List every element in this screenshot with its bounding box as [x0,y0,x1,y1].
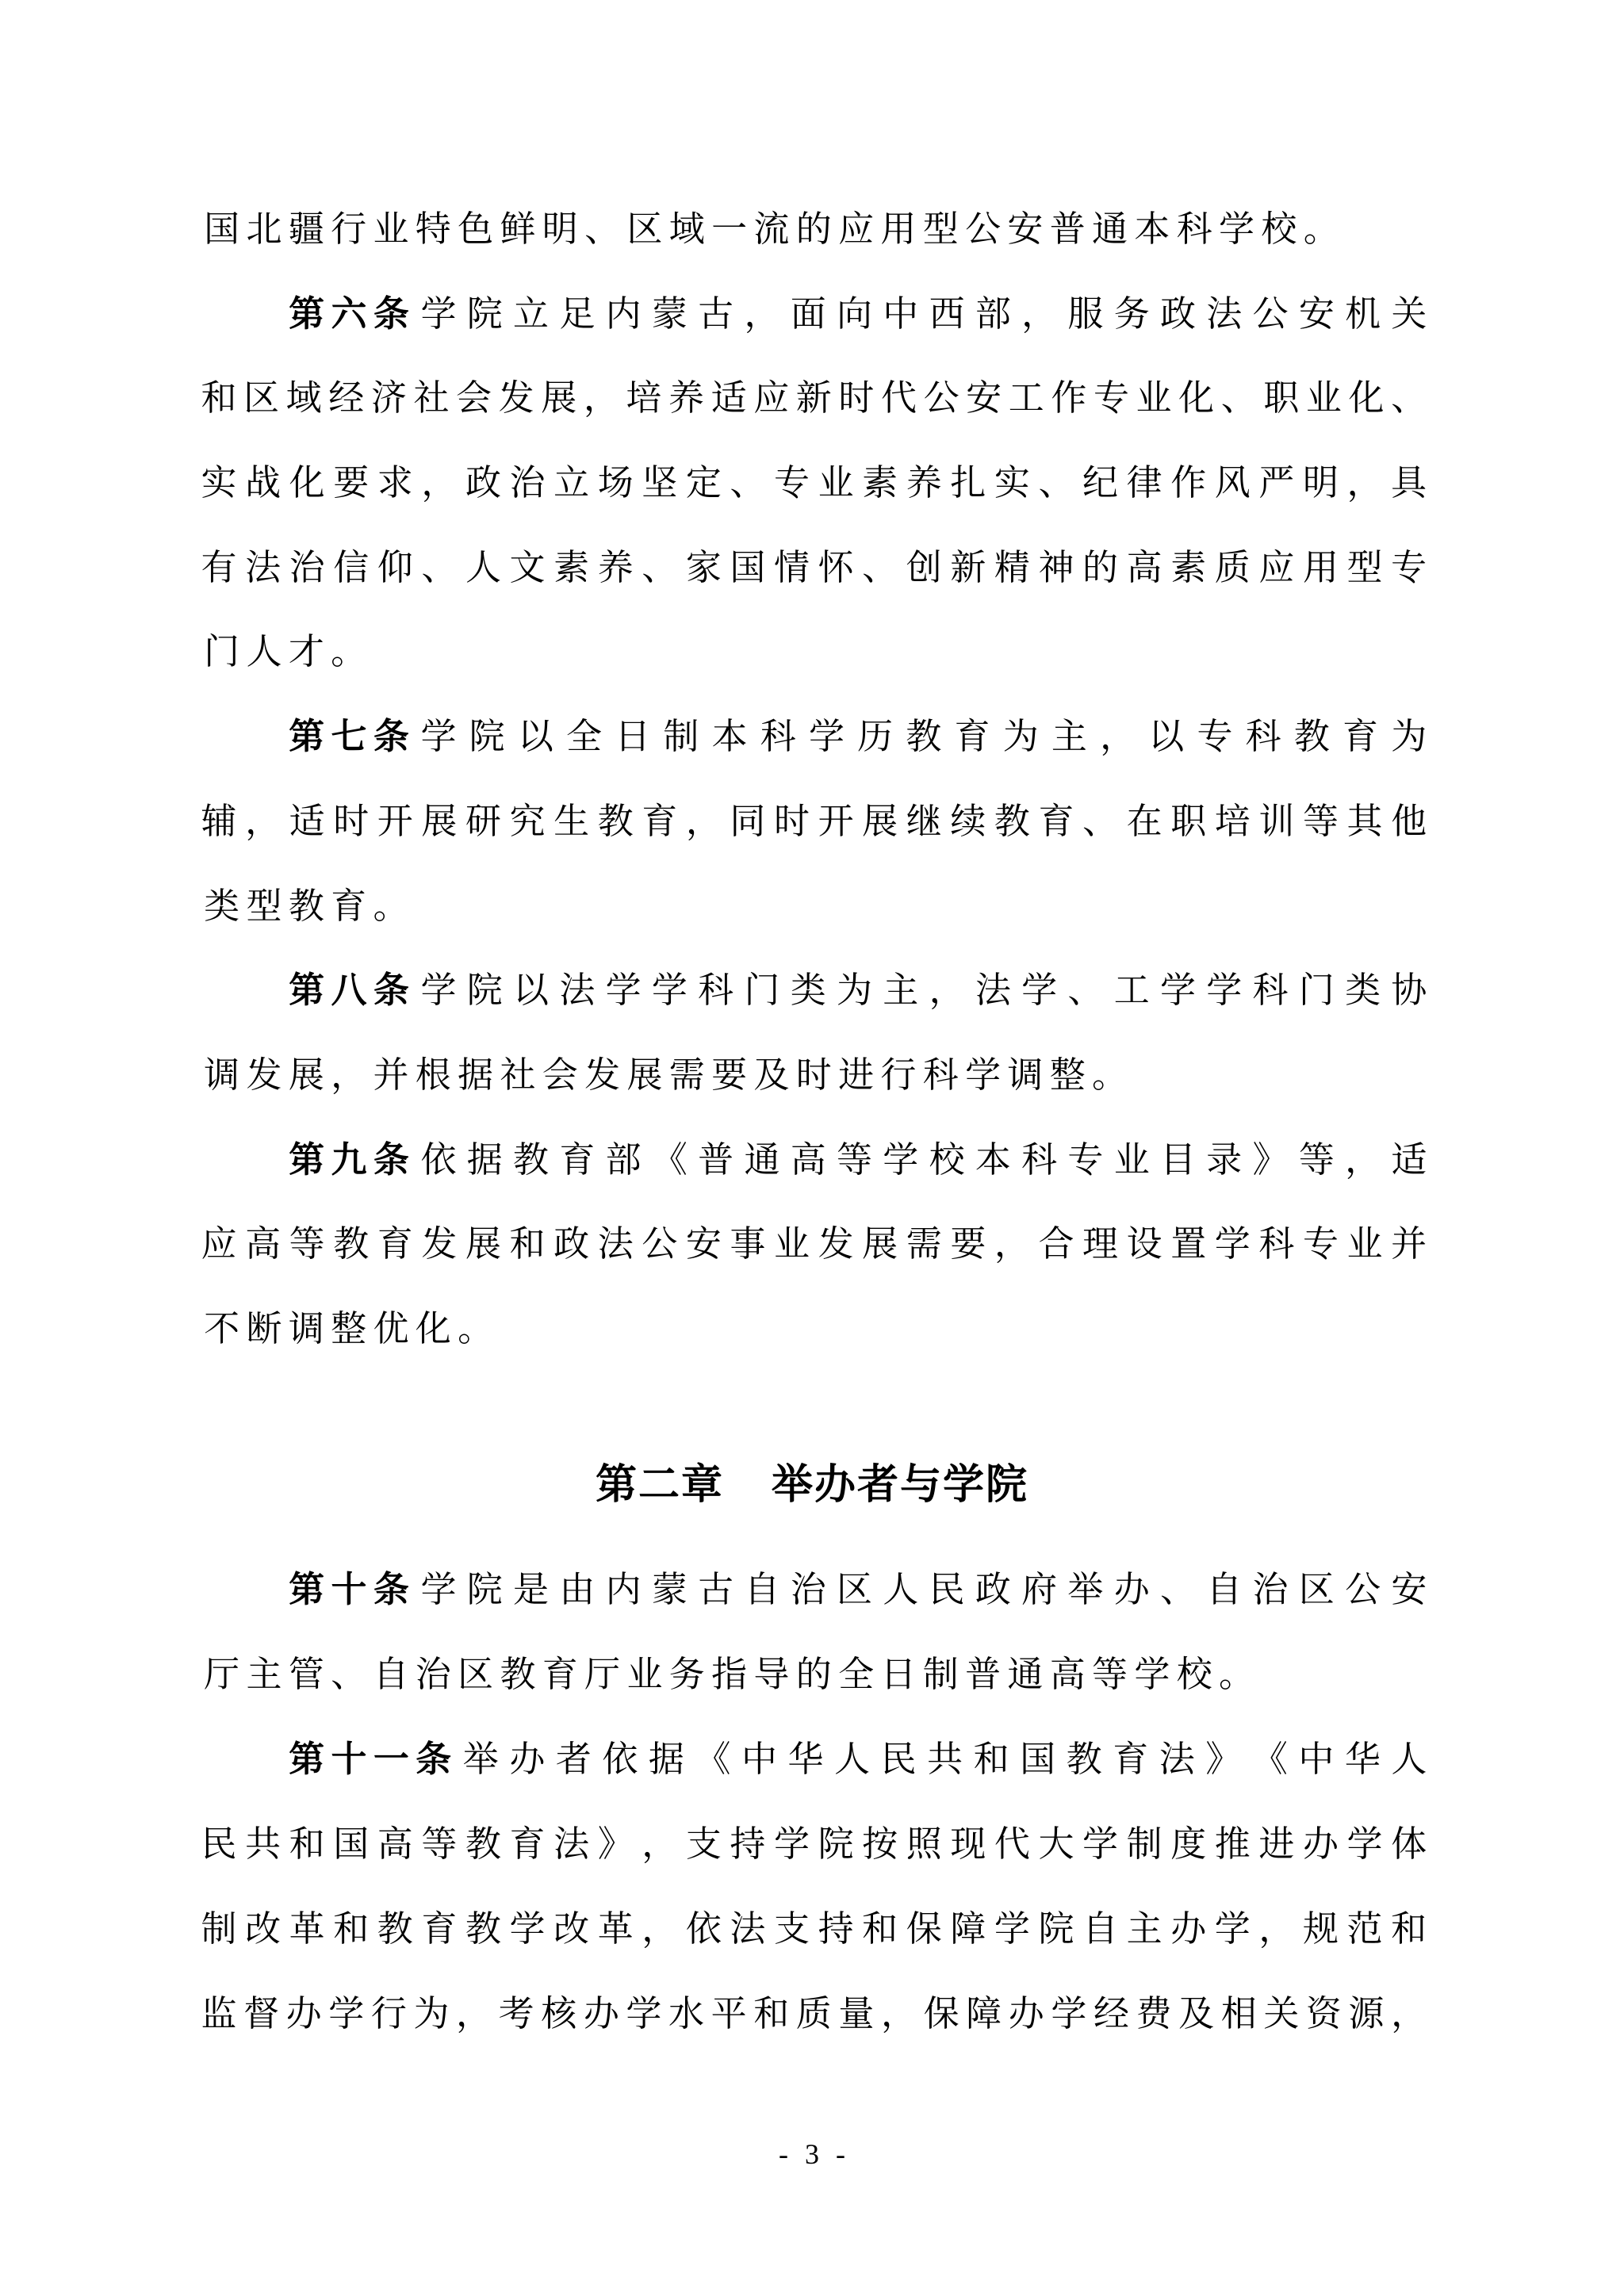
text-char: 水 [668,1990,705,2038]
text-char: 协 [1391,966,1427,1014]
text-char: 机 [1345,290,1381,338]
text-char: 《 [695,1735,731,1783]
text-char: 平 [710,1990,747,2038]
text-char: 进 [835,1051,877,1099]
text-char: 历 [857,713,894,760]
text-char: 部 [605,1136,642,1184]
text-char: 人 [243,628,285,675]
text-char: 人 [883,1566,919,1613]
text-char: 育 [539,1651,581,1698]
text-char: 应 [201,1220,237,1268]
text-char: 并 [1391,1220,1427,1268]
article-char: 一 [370,1735,412,1783]
text-char: 和 [509,1220,546,1268]
text-char: 域 [666,205,708,253]
text-char: 办 [1008,1990,1044,2038]
article-char: 条 [370,1136,412,1184]
text-char: 业 [1113,1136,1150,1184]
text-char: 和 [201,374,237,422]
text-char: 科 [1252,966,1289,1014]
article-char: 十 [327,1735,370,1783]
text-char: 公 [1345,1566,1381,1613]
text-char: 、 [581,205,623,253]
text-char: 日 [615,713,651,760]
text-char: 治 [790,1566,826,1613]
text-char: 内 [605,290,642,338]
text-char: 日 [877,1651,919,1698]
article-char: 七 [327,713,370,760]
text-char: 学 [1159,966,1196,1014]
text-char: 和 [289,1820,325,1868]
text-char: 安 [685,1220,722,1268]
text-char: 学 [420,1566,457,1613]
text-char: 本 [711,713,748,760]
text-char: 政 [1159,290,1196,338]
article-char: 九 [327,1136,370,1184]
text-line: 和区域经济社会发展，培养适应新时代公安工作专业化、职业化、 [201,374,1427,422]
text-char: 学 [1346,1820,1383,1868]
text-line: 门人才。 [201,628,1427,675]
text-char: 门 [1298,966,1335,1014]
text-char: 足 [559,290,596,338]
text-char: 社 [413,374,450,422]
text-char: 时 [838,374,875,422]
article-char: 第 [285,713,327,760]
text-char: 学 [1021,966,1058,1014]
text-char: 科 [1245,713,1281,760]
text-char: ， [929,966,965,1014]
text-char: 普 [962,1651,1004,1698]
text-char: 设 [1126,1220,1162,1268]
line-text: 厅主管、自治区教育厅业务指导的全日制普通高等学校。 [201,1651,1258,1698]
text-char: ， [456,1990,492,2038]
text-char: 治 [412,1651,454,1698]
text-line: 第六条学院立足内蒙古，面向中西部，服务政法公安机关 [201,290,1427,338]
chapter-heading: 第二章举办者与学院 [0,1457,1624,1513]
text-char: 型 [1346,544,1383,591]
text-char: 新 [795,374,832,422]
text-char: 发 [581,1051,623,1099]
text-char: 教 [597,798,634,845]
text-char: 类 [201,882,243,930]
text-char: 和 [753,1990,790,2038]
article-char: 条 [370,966,412,1014]
text-char: 教 [513,1136,550,1184]
text-char: 区 [454,1651,496,1698]
text-char: 学 [328,1990,365,2038]
text-char: 人 [834,1735,871,1783]
text-char: 自 [1082,1905,1119,1953]
text-char: 安 [1004,205,1046,253]
text-char: 区 [243,374,280,422]
text-char: 院 [466,290,503,338]
text-char: 育 [642,798,678,845]
text-char: 、 [642,544,678,591]
text-char: 域 [285,374,322,422]
line-text: 监督办学行为，考核办学水平和质量，保障办学经费及相关资源， [201,1990,1427,2038]
text-char: 适 [1391,1136,1427,1184]
text-char: 、 [1067,966,1104,1014]
text-char: 质 [1214,544,1251,591]
article-char: 条 [370,713,412,760]
text-char: 生 [553,798,590,845]
text-char: 创 [906,544,942,591]
text-char: 治 [509,459,546,507]
text-char: 全 [566,713,603,760]
article-char: 条 [370,290,412,338]
text-char: 改 [553,1905,590,1953]
text-char: 目 [1159,1136,1196,1184]
text-char: 学 [1082,1820,1119,1868]
text-char: 安 [1298,290,1335,338]
text-char: 共 [927,1735,963,1783]
text-char: 专 [1093,374,1129,422]
text-char: 调 [201,1051,243,1099]
text-char: 学 [808,713,845,760]
text-char: 公 [642,1220,678,1268]
text-char: 实 [201,459,237,507]
text-char: 学 [626,1990,662,2038]
text-char: 法 [1206,290,1243,338]
text-char: 门 [744,966,780,1014]
text-char: 学 [420,966,457,1014]
text-char: 养 [668,374,705,422]
text-char: 教 [333,1220,370,1268]
text-char: 据 [454,1051,496,1099]
text-char: 职 [1263,374,1300,422]
line-text: 和区域经济社会发展，培养适应新时代公安工作专业化、职业化、 [201,374,1427,422]
page-number: - 3 - [0,2134,1624,2174]
text-char: ， [1258,1905,1295,1953]
text-char: 学 [962,1051,1004,1099]
text-line: 调发展，并根据社会发展需要及时进行科学调整。 [201,1051,1427,1099]
article-char: 十 [327,1566,370,1613]
text-char: 发 [243,1051,285,1099]
article-number: 第九条 [285,1136,412,1184]
text-char: 以 [517,713,553,760]
text-char: 业 [1305,374,1342,422]
text-char: 向 [837,290,873,338]
text-char: 他 [1391,798,1427,845]
text-char: 通 [1089,205,1131,253]
text-char: 才 [285,628,327,675]
text-char: 应 [835,205,877,253]
text-char: 国 [333,1820,370,1868]
text-char: 为 [1002,713,1039,760]
text-char: 法 [730,1905,766,1953]
text-char: 时 [333,798,370,845]
text-char: 照 [906,1820,942,1868]
text-char: 断 [243,1305,285,1353]
text-char: 持 [730,1820,766,1868]
text-char: 战 [245,459,282,507]
text-char: 大 [1038,1820,1074,1868]
text-char: 经 [1093,1990,1129,2038]
text-char: 神 [1038,544,1074,591]
article-number: 第十一条 [285,1735,454,1783]
text-char: 一 [708,205,750,253]
text-char: 高 [377,1820,413,1868]
text-char: 疆 [285,205,327,253]
text-char: 者 [555,1735,592,1783]
text-char: 制 [201,1905,237,1953]
text-char: 考 [498,1990,534,2038]
text-char: 教 [285,882,327,930]
text-char: 在 [1126,798,1162,845]
text-char: 学 [883,1136,919,1184]
text-char: ， [1391,1990,1427,2038]
text-char: 依 [420,1136,457,1184]
text-char: 作 [1051,374,1087,422]
text-char: 科 [920,1051,962,1099]
text-char: 中 [883,290,919,338]
text-char: 据 [648,1735,684,1783]
text-char: 行 [877,1051,919,1099]
line-text: 类型教育。 [201,882,412,930]
text-char: 教 [465,1905,501,1953]
text-char: 法 [245,544,282,591]
text-char: 型 [920,205,962,253]
article-number: 第八条 [285,966,412,1014]
text-char: 监 [201,1990,237,2038]
text-char: 调 [285,1305,327,1353]
text-char: 展 [541,374,577,422]
text-char: 型 [243,882,285,930]
text-char: 研 [465,798,501,845]
text-char: 学 [509,1905,546,1953]
text-char: 公 [923,374,959,422]
text-char: 公 [962,205,1004,253]
text-line: 制改革和教育教学改革，依法支持和保障学院自主办学，规范和 [201,1905,1427,1953]
text-char: 政 [553,1220,590,1268]
text-char: 育 [421,1905,458,1953]
text-char: 现 [950,1820,986,1868]
text-char: 学 [1216,205,1258,253]
text-char: 特 [412,205,454,253]
text-char: 的 [793,205,835,253]
text-char: ， [744,290,780,338]
text-char: 法 [559,966,596,1014]
text-char: 合 [1038,1220,1074,1268]
text-char: 育 [954,713,990,760]
text-char: 用 [1302,544,1339,591]
text-char: 通 [744,1136,780,1184]
text-char: 。 [370,882,412,930]
text-char: 》 [1205,1735,1242,1783]
text-char: 障 [966,1990,1002,2038]
text-char: 学 [420,290,457,338]
text-char: 办 [1113,1566,1150,1613]
article-char: 第 [285,290,327,338]
text-char: 济 [370,374,407,422]
text-char: 整 [1047,1051,1089,1099]
text-char: 的 [1082,544,1119,591]
text-char: 法 [975,966,1011,1014]
text-char: 学 [605,966,642,1014]
line-text: 民共和国高等教育法》，支持学院按照现代大学制度推进办学体 [201,1820,1427,1868]
text-char: 文 [509,544,546,591]
text-char: 发 [498,374,534,422]
text-char: 适 [289,798,325,845]
text-char: 科 [1021,1136,1058,1184]
text-char: 古 [698,1566,734,1613]
text-char: 费 [1136,1990,1172,2038]
text-char: 是 [513,1566,550,1613]
text-char: 。 [1216,1651,1258,1698]
text-char: 整 [327,1305,370,1353]
text-char: 改 [245,1905,282,1953]
text-char: 发 [421,1220,458,1268]
text-char: 育 [377,1220,413,1268]
article-number: 第六条 [285,290,412,338]
text-char: 。 [1089,1051,1131,1099]
text-char: 主 [883,966,919,1014]
text-char: 等 [1302,798,1339,845]
line-text: 门人才。 [201,628,370,675]
text-char: 国 [1020,1735,1056,1783]
text-char: 的 [793,1651,835,1698]
text-char: 业 [370,205,412,253]
text-char: 用 [877,205,919,253]
text-char: 化 [412,1305,454,1353]
text-char: 厅 [581,1651,623,1698]
text-char: 教 [465,1820,501,1868]
line-text: 学院立足内蒙古，面向中西部，服务政法公安机关 [420,290,1427,338]
text-char: 国 [201,205,243,253]
text-char: 、 [1220,374,1257,422]
text-char: 法 [1159,1735,1195,1783]
text-char: 按 [862,1820,898,1868]
text-char: 依 [685,1905,722,1953]
text-char: 举 [1067,1566,1104,1613]
text-char: 辅 [201,798,237,845]
text-char: 开 [377,798,413,845]
text-char: 化 [289,459,325,507]
text-char: 专 [1067,1136,1104,1184]
line-text: 国北疆行业特色鲜明、区域一流的应用型公安普通本科学校。 [201,205,1342,253]
text-char: 业 [818,459,854,507]
text-char: 教 [1293,713,1330,760]
text-char: 。 [327,628,370,675]
text-char: 开 [818,798,854,845]
line-text: 调发展，并根据社会发展需要及时进行科学调整。 [201,1051,1131,1099]
text-char: 内 [605,1566,642,1613]
text-char: 展 [862,798,898,845]
text-char: 高 [245,1220,282,1268]
text-char: 由 [559,1566,596,1613]
text-char: 展 [862,1220,898,1268]
text-char: 以 [513,966,550,1014]
text-char: 关 [1391,290,1427,338]
text-char: 会 [539,1051,581,1099]
text-char: 科 [1258,1220,1295,1268]
text-char: 续 [950,798,986,845]
text-char: 、 [1159,1566,1196,1613]
text-char: 会 [456,374,492,422]
text-char: 民 [929,1566,965,1613]
text-char: 需 [666,1051,708,1099]
text-char: 置 [1170,1220,1207,1268]
text-line: 第八条学院以法学学科门类为主，法学、工学学科门类协 [201,966,1427,1014]
text-char: 发 [818,1220,854,1268]
text-char: 、 [1082,798,1119,845]
text-char: 质 [795,1990,832,2038]
text-char: 安 [966,374,1002,422]
text-char: 培 [626,374,662,422]
text-char: 明 [539,205,581,253]
text-char: 有 [201,544,237,591]
text-char: 业 [1136,374,1172,422]
text-char: 和 [1391,1905,1427,1953]
text-char: 区 [623,205,665,253]
text-char: 西 [929,290,965,338]
text-char: 》 [597,1820,634,1868]
text-char: 保 [923,1990,959,2038]
text-char: 规 [1302,1905,1339,1953]
text-char: ， [642,1820,678,1868]
text-char: 障 [950,1905,986,1953]
text-char: 普 [698,1136,734,1184]
text-char: 校 [929,1136,965,1184]
text-char: 律 [1126,459,1162,507]
text-char: 化 [1348,374,1385,422]
text-char: 仰 [377,544,413,591]
text-char: 和 [333,1905,370,1953]
text-char: 育 [1342,713,1379,760]
text-char: ， [1100,713,1136,760]
text-char: 教 [377,1905,413,1953]
text-char: 具 [1391,459,1427,507]
text-char: 情 [774,544,810,591]
text-char: 流 [750,205,792,253]
text-line: 应高等教育发展和政法公安事业发展需要，合理设置学科专业并 [201,1220,1427,1268]
text-char: 业 [1346,1220,1383,1268]
text-char: 保 [906,1905,942,1953]
text-char: 支 [774,1905,810,1953]
text-char: 育 [327,882,370,930]
text-char: 本 [1131,205,1173,253]
text-char: 为 [1391,713,1427,760]
text-char: 类 [1345,966,1381,1014]
text-char: 革 [289,1905,325,1953]
text-char: 民 [880,1735,917,1783]
text-char: 主 [243,1651,285,1698]
text-char: 府 [1021,1566,1058,1613]
text-char: 理 [1082,1220,1119,1268]
text-char: 精 [994,544,1030,591]
text-char: 录 [1206,1136,1243,1184]
text-line: 不断调整优化。 [201,1305,1427,1353]
text-char: 、 [730,459,766,507]
text-char: 校 [1174,1651,1216,1698]
text-char: 场 [597,459,634,507]
text-char: 革 [597,1905,634,1953]
text-line: 类型教育。 [201,882,1427,930]
text-char: 院 [466,1566,503,1613]
text-char: 业 [774,1220,810,1268]
text-char: 民 [201,1820,237,1868]
text-char: 度 [1170,1820,1207,1868]
text-char: 学 [420,713,457,760]
line-text: 有法治信仰、人文素养、家国情怀、创新精神的高素质应用型专 [201,544,1427,591]
text-char: 量 [838,1990,875,2038]
text-char: 色 [454,205,496,253]
text-char: 不 [201,1305,243,1353]
text-char: 自 [370,1651,412,1698]
text-char: ， [1021,290,1058,338]
text-char: 办 [583,1990,619,2038]
text-char: 制 [1126,1820,1162,1868]
